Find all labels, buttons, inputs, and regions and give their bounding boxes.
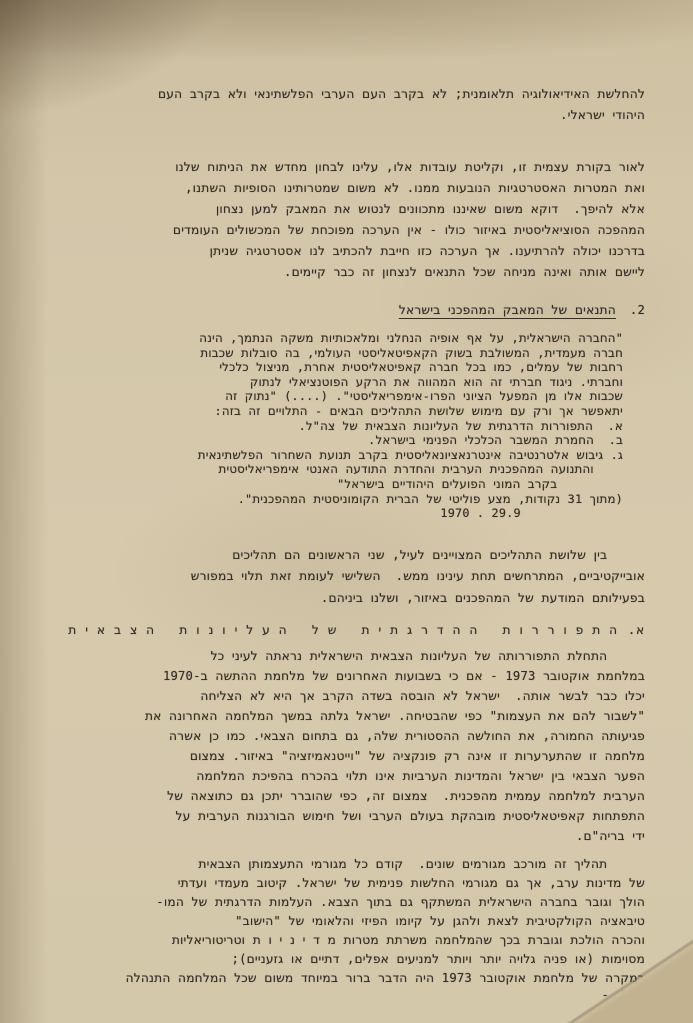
section-2-number: 2. bbox=[630, 303, 645, 317]
subsection-alef-title: ה ת פ ו ר ר ו ת ה ה ד ר ג ת י ת ש ל ה ע … bbox=[68, 623, 618, 637]
page-number: - 8 - bbox=[601, 987, 649, 1002]
section-2-title: התנאים של המאבק המהפכני בישראל bbox=[399, 303, 616, 317]
paragraph-military-disintegration: התחלת התפוררותה של העליונות הצבאית הישרא… bbox=[58, 646, 645, 846]
subsection-alef-heading: א.ה ת פ ו ר ר ו ת ה ה ד ר ג ת י ת ש ל ה … bbox=[58, 620, 645, 640]
quotation-block: "החברה הישראלית, על אף אופיה הנחלני ומלא… bbox=[76, 331, 623, 521]
scanned-document-page: להחלשת האידיאולוגיה תלאומנית; לא בקרב הע… bbox=[0, 0, 693, 1023]
subsection-alef-number: א. bbox=[628, 623, 645, 637]
paragraph-three-processes: בין שלושת התהליכים המצויינים לעיל, שני ה… bbox=[58, 545, 645, 610]
section-2-heading: 2.התנאים של המאבק המהפכני בישראל bbox=[58, 300, 645, 320]
paragraph-self-critique: לאור בקורת עצמית זו, וקליטת עובדות אלו, … bbox=[58, 157, 645, 283]
paragraph-process-factors: תהליך זה מורכב מגורמים שונים. קודם כל מג… bbox=[58, 855, 645, 988]
paragraph-intro-continuation: להחלשת האידיאולוגיה תלאומנית; לא בקרב הע… bbox=[58, 84, 645, 126]
document-text-column: להחלשת האידיאולוגיה תלאומנית; לא בקרב הע… bbox=[58, 84, 645, 988]
